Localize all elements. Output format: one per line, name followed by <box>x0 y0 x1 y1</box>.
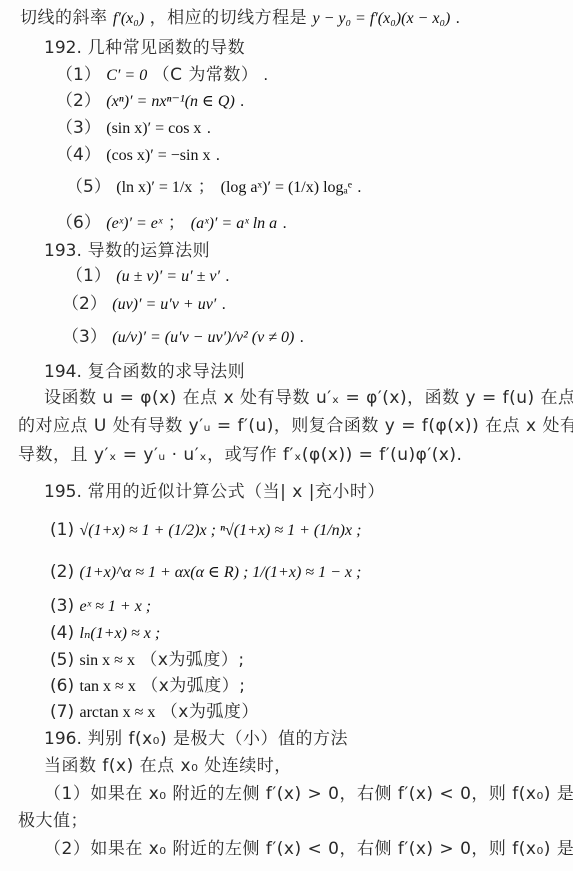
section-194-paragraph-line-2: 的对应点 U 处有导数 y′ᵤ = f′(u)，则复合函数 y = f(φ(x)… <box>18 415 573 437</box>
formula: sin x ≈ x <box>80 652 135 669</box>
formula: eˣ ≈ 1 + x ; <box>80 598 152 615</box>
section-title: 判别 f(x₀) 是极大（小）值的方法 <box>88 729 348 749</box>
section-196-line-4: （2）如果在 x₀ 附近的左侧 f′(x) < 0，右侧 f′(x) > 0，则… <box>44 838 573 860</box>
section-195-heading: 195. 常用的近似计算公式（当| x |充小时） <box>44 481 385 503</box>
section-193-item-1: （1） (u ± v)′ = u′ ± v′ . <box>66 265 229 288</box>
punct: . <box>264 67 268 84</box>
formula: f′(x₀) <box>113 10 144 27</box>
section-196-line-3: 极大值； <box>18 810 88 832</box>
section-192-item-2: （2） (xⁿ)′ = nxⁿ⁻¹(n ∈ Q) . <box>56 90 244 113</box>
item-label: （1） <box>56 65 101 85</box>
formula: (eˣ)′ = eˣ <box>106 215 162 232</box>
item-label: （4） <box>56 145 101 165</box>
punct: . <box>300 329 304 346</box>
formula: (log aˣ)′ = (1/x) logₐᵉ <box>221 179 352 196</box>
section-192-item-1: （1） C′ = 0 （C 为常数） . <box>56 64 268 87</box>
text: 切线的斜率 <box>20 8 108 28</box>
formula: y − y₀ = f′(x₀)(x − x₀) <box>312 10 450 27</box>
section-192-heading: 192. 几种常见函数的导数 <box>44 37 245 59</box>
section-195-item-7: (7) arctan x ≈ x （x为弧度） <box>50 701 259 724</box>
section-195-item-4: (4) lₙ(1+x) ≈ x ; <box>50 622 160 645</box>
section-196-line-2: （1）如果在 x₀ 附近的左侧 f′(x) > 0，右侧 f′(x) < 0，则… <box>44 783 573 805</box>
section-number: 194. <box>44 362 82 382</box>
section-193-item-3: （3） (u/v)′ = (u′v − uv′)/v² (v ≠ 0) . <box>62 326 304 349</box>
note: （x为弧度）; <box>140 650 244 670</box>
section-194-paragraph-line-3: 导数，且 y′ₓ = y′ᵤ · u′ₓ，或写作 f′ₓ(φ(x)) = f′(… <box>18 444 462 466</box>
item-label: （2） <box>56 91 101 111</box>
section-195-item-3: (3) eˣ ≈ 1 + x ; <box>50 595 151 618</box>
section-193-heading: 193. 导数的运算法则 <box>44 240 210 262</box>
formula: tan x ≈ x <box>80 678 136 695</box>
item-label: （1） <box>66 266 111 286</box>
section-195-item-5: (5) sin x ≈ x （x为弧度）; <box>50 649 245 672</box>
punct: . <box>216 147 220 164</box>
section-title: 导数的运算法则 <box>88 241 211 261</box>
item-label: （3） <box>56 118 101 138</box>
formula: √(1+x) ≈ 1 + (1/2)x ; ⁿ√(1+x) ≈ 1 + (1/n… <box>80 522 362 539</box>
formula: C′ = 0 <box>106 67 147 84</box>
item-label: （3） <box>62 327 107 347</box>
tangent-line-text: 切线的斜率 f′(x₀) ，相应的切线方程是 y − y₀ = f′(x₀)(x… <box>20 7 460 30</box>
note: （x为弧度）; <box>141 676 245 696</box>
formula: (u ± v)′ = u′ ± v′ <box>116 268 220 285</box>
section-195-item-6: (6) tan x ≈ x （x为弧度）; <box>50 675 246 698</box>
section-number: 192. <box>44 38 82 58</box>
section-192-item-5: （5） (ln x)′ = 1/x ； (log aˣ)′ = (1/x) lo… <box>66 176 361 199</box>
punct: . <box>456 10 460 27</box>
section-number: 195. <box>44 482 82 502</box>
section-title: 几种常见函数的导数 <box>88 38 246 58</box>
formula: (sin x)′ = cos x <box>106 120 201 137</box>
section-193-item-2: （2） (uv)′ = u′v + uv′ . <box>62 293 226 316</box>
formula: (1+x)^α ≈ 1 + αx(α ∈ R) ; 1/(1+x) ≈ 1 − … <box>80 564 362 581</box>
section-title: 复合函数的求导法则 <box>88 362 246 382</box>
section-195-item-2: (2) (1+x)^α ≈ 1 + αx(α ∈ R) ; 1/(1+x) ≈ … <box>50 561 361 584</box>
item-label: （6） <box>56 213 101 233</box>
section-192-item-4: （4） (cos x)′ = −sin x . <box>56 144 220 167</box>
formula: (cos x)′ = −sin x <box>106 147 210 164</box>
document-page: 切线的斜率 f′(x₀) ，相应的切线方程是 y − y₀ = f′(x₀)(x… <box>0 0 573 871</box>
formula: lₙ(1+x) ≈ x ; <box>80 625 161 642</box>
punct: . <box>222 296 226 313</box>
section-number: 196. <box>44 729 82 749</box>
item-label: （2） <box>62 294 107 314</box>
item-label: (7) <box>50 702 74 722</box>
item-label: (2) <box>50 562 74 582</box>
text: ，相应的切线方程是 <box>150 8 308 28</box>
note: （C 为常数） <box>153 65 259 85</box>
formula: (xⁿ)′ = nxⁿ⁻¹(n ∈ Q) <box>106 93 235 110</box>
section-194-heading: 194. 复合函数的求导法则 <box>44 361 245 383</box>
item-label: (6) <box>50 676 74 696</box>
item-label: (4) <box>50 623 74 643</box>
formula: arctan x ≈ x <box>80 704 156 721</box>
formula: (aˣ)′ = aˣ ln a <box>191 215 277 232</box>
section-192-item-6: （6） (eˣ)′ = eˣ ； (aˣ)′ = aˣ ln a . <box>56 212 287 235</box>
formula: (u/v)′ = (u′v − uv′)/v² (v ≠ 0) <box>112 329 294 346</box>
formula: (ln x)′ = 1/x <box>116 179 192 196</box>
section-192-item-3: （3） (sin x)′ = cos x . <box>56 117 211 140</box>
punct: . <box>225 268 229 285</box>
item-label: (5) <box>50 650 74 670</box>
item-label: （5） <box>66 177 111 197</box>
formula: (uv)′ = u′v + uv′ <box>112 296 216 313</box>
note: （x为弧度） <box>161 702 259 722</box>
separator: ； <box>198 177 216 197</box>
punct: . <box>240 93 244 110</box>
item-label: (1) <box>50 520 74 540</box>
section-title: 常用的近似计算公式（当| x |充小时） <box>88 482 385 502</box>
section-196-line-1: 当函数 f(x) 在点 x₀ 处连续时， <box>44 755 292 777</box>
item-label: (3) <box>50 596 74 616</box>
punct: . <box>357 179 361 196</box>
punct: . <box>283 215 287 232</box>
section-number: 193. <box>44 241 82 261</box>
punct: . <box>207 120 211 137</box>
section-194-paragraph-line-1: 设函数 u = φ(x) 在点 x 处有导数 u′ₓ = φ′(x)，函数 y … <box>44 387 573 409</box>
section-196-heading: 196. 判别 f(x₀) 是极大（小）值的方法 <box>44 728 348 750</box>
separator: ； <box>168 213 186 233</box>
section-195-item-1: (1) √(1+x) ≈ 1 + (1/2)x ; ⁿ√(1+x) ≈ 1 + … <box>50 519 361 542</box>
